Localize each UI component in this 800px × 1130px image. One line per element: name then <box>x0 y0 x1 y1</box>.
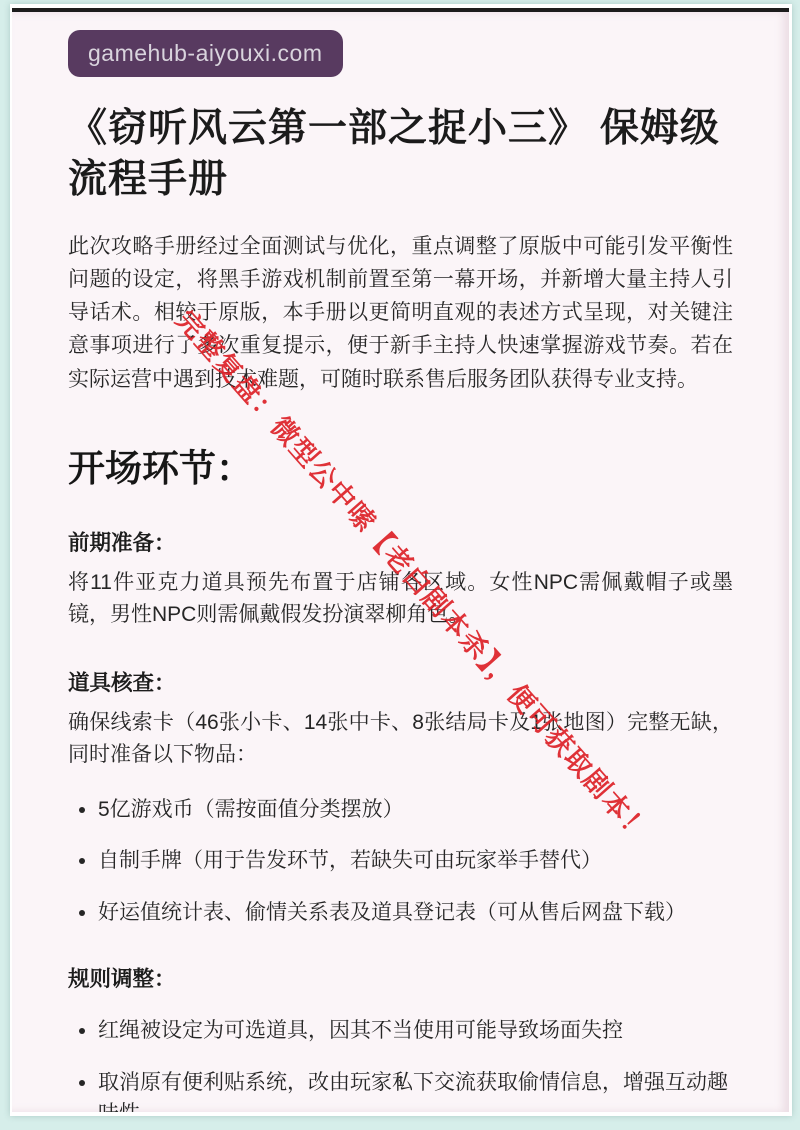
list-item: 好运值统计表、偷情关系表及道具登记表（可从售后网盘下载） <box>98 897 733 929</box>
list-item: 红绳被设定为可选道具，因其不当使用可能导致场面失控 <box>98 1015 733 1047</box>
prop-check-list: 5亿游戏币（需按面值分类摆放） 自制手牌（用于告发环节，若缺失可由玩家举手替代）… <box>68 794 733 929</box>
list-item: 5亿游戏币（需按面值分类摆放） <box>98 794 733 826</box>
section-heading-opening: 开场环节： <box>68 438 733 492</box>
subheading-rule-adjustments: 规则调整： <box>68 962 733 993</box>
subheading-preparation: 前期准备： <box>68 526 733 557</box>
subheading-prop-check: 道具核查： <box>68 666 733 697</box>
document-page: gamehub-aiyouxi.com 《窃听风云第一部之捉小三》 保姆级流程手… <box>12 8 789 1112</box>
prop-check-paragraph: 确保线索卡（46张小卡、14张中卡、8张结局卡及1张地图）完整无缺，同时准备以下… <box>68 707 733 772</box>
page-content: gamehub-aiyouxi.com 《窃听风云第一部之捉小三》 保姆级流程手… <box>12 12 789 1112</box>
list-item: 自制手牌（用于告发环节，若缺失可由玩家举手替代） <box>98 845 733 877</box>
page-edge: gamehub-aiyouxi.com 《窃听风云第一部之捉小三》 保姆级流程手… <box>10 4 792 1116</box>
page-number: 1 <box>12 1073 789 1090</box>
preparation-paragraph: 将11件亚克力道具预先布置于店铺各区域。女性NPC需佩戴帽子或墨镜，男性NPC则… <box>68 567 733 632</box>
rule-adjustments-list: 红绳被设定为可选道具，因其不当使用可能导致场面失控 取消原有便利贴系统，改由玩家… <box>68 1015 733 1112</box>
page-title: 《窃听风云第一部之捉小三》 保姆级流程手册 <box>68 103 733 206</box>
intro-paragraph: 此次攻略手册经过全面测试与优化，重点调整了原版中可能引发平衡性问题的设定，将黑手… <box>68 230 733 396</box>
site-badge: gamehub-aiyouxi.com <box>68 30 343 77</box>
